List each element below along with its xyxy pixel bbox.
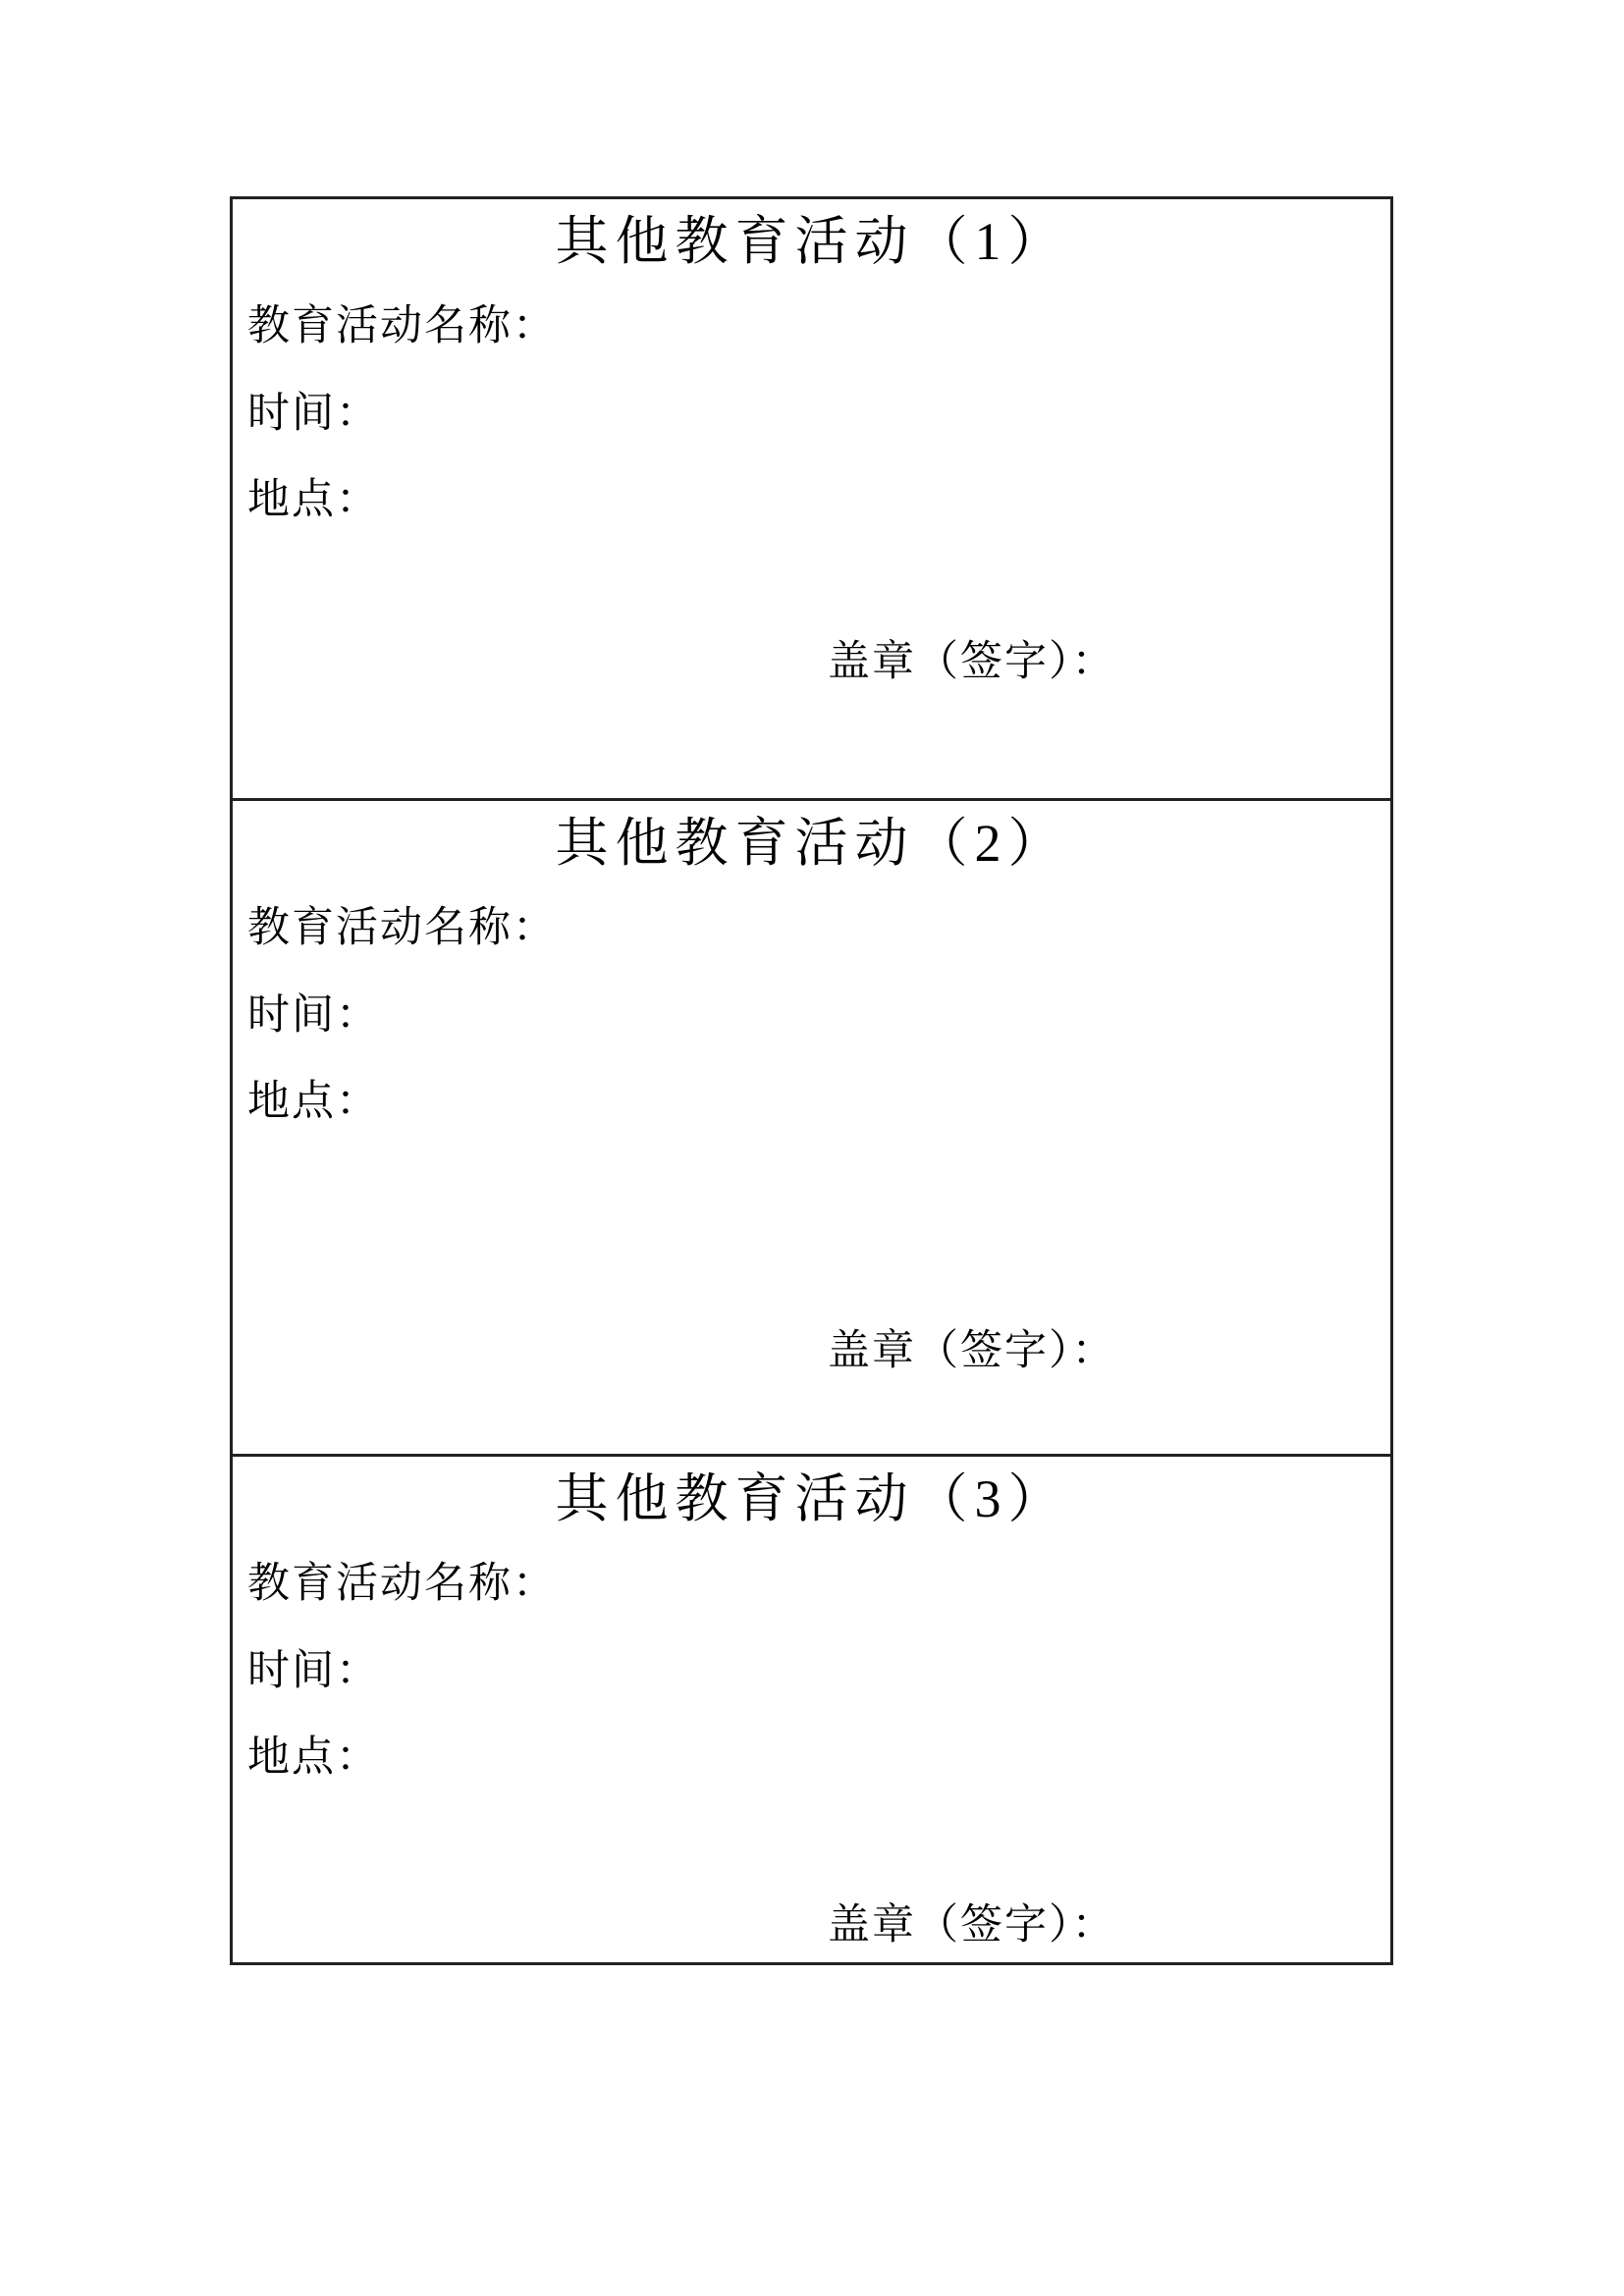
section-1-field-time: 时间：	[247, 391, 380, 437]
section-1-field-activity-name: 教育活动名称：	[247, 303, 557, 349]
section-3-field-location: 地点：	[247, 1735, 380, 1781]
section-2-stamp-signature-label: 盖章（签字）：	[828, 1328, 1116, 1374]
activity-section-3: 其他教育活动（3） 教育活动名称： 时间： 地点： 盖章（签字）：	[233, 1454, 1390, 1962]
section-2-field-activity-name: 教育活动名称：	[247, 905, 557, 951]
section-3-field-time: 时间：	[247, 1648, 380, 1694]
document-page: 其他教育活动（1） 教育活动名称： 时间： 地点： 盖章（签字）： 其他教育活动…	[0, 0, 1624, 2296]
section-1-stamp-signature-label: 盖章（签字）：	[828, 639, 1116, 685]
section-1-field-location: 地点：	[247, 477, 380, 523]
section-3-title: 其他教育活动（3）	[233, 1470, 1390, 1528]
section-3-stamp-signature-label: 盖章（签字）：	[828, 1902, 1116, 1949]
activity-section-1: 其他教育活动（1） 教育活动名称： 时间： 地点： 盖章（签字）：	[233, 199, 1390, 798]
section-2-field-location: 地点：	[247, 1079, 380, 1125]
section-2-title: 其他教育活动（2）	[233, 815, 1390, 873]
section-3-field-activity-name: 教育活动名称：	[247, 1561, 557, 1607]
activity-section-2: 其他教育活动（2） 教育活动名称： 时间： 地点： 盖章（签字）：	[233, 798, 1390, 1454]
section-2-field-time: 时间：	[247, 992, 380, 1039]
other-education-activities-form: 其他教育活动（1） 教育活动名称： 时间： 地点： 盖章（签字）： 其他教育活动…	[230, 196, 1393, 1965]
section-1-title: 其他教育活动（1）	[233, 213, 1390, 271]
